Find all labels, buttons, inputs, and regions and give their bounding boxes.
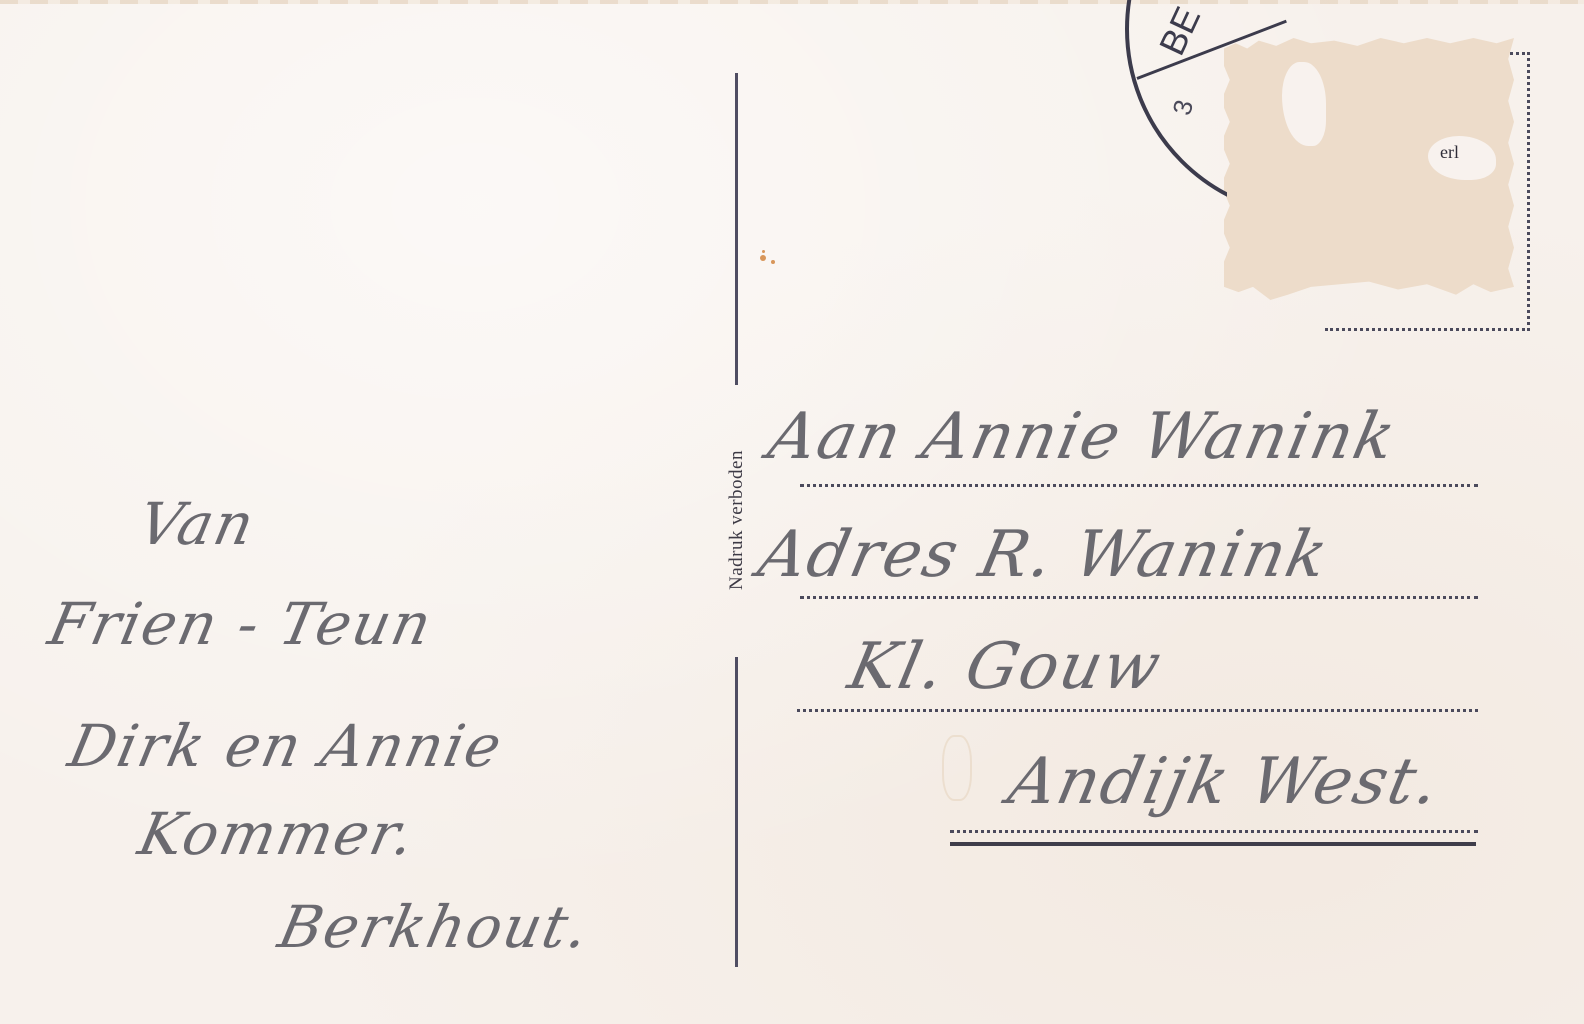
paper-stain <box>942 735 972 801</box>
address-line-name: Aan Annie Wanink <box>762 400 1403 474</box>
address-line-street: Kl. Gouw <box>842 630 1168 704</box>
card-top-edge <box>0 0 1584 4</box>
center-divider-top <box>735 73 738 385</box>
center-divider-bottom <box>735 657 738 967</box>
address-line-addres: Adres R. Wanink <box>752 518 1336 592</box>
address-line-town: Andijk West. <box>1002 745 1447 819</box>
address-dotted-line-2 <box>800 596 1478 599</box>
ink-stain <box>771 260 775 264</box>
sender-line-van: Van <box>133 490 262 558</box>
address-underline-solid <box>950 842 1476 846</box>
address-dotted-line-4 <box>950 830 1478 833</box>
address-dotted-line-3 <box>797 709 1478 712</box>
ink-stain <box>762 250 765 253</box>
sender-line-kommer: Kommer. <box>133 800 422 868</box>
imprint-text: Nadruk verboden <box>726 450 748 590</box>
postcard-back: Van Frien - Teun Dirk en Annie Kommer. B… <box>0 0 1584 1024</box>
sender-line-names: Frien - Teun <box>43 590 439 658</box>
sender-line-berkhout: Berkhout. <box>273 893 597 961</box>
stamp-fragment-text: erl <box>1440 142 1459 163</box>
ink-stain <box>760 255 766 261</box>
sender-line-dirk-annie: Dirk en Annie <box>63 712 509 780</box>
address-dotted-line-1 <box>800 484 1478 487</box>
